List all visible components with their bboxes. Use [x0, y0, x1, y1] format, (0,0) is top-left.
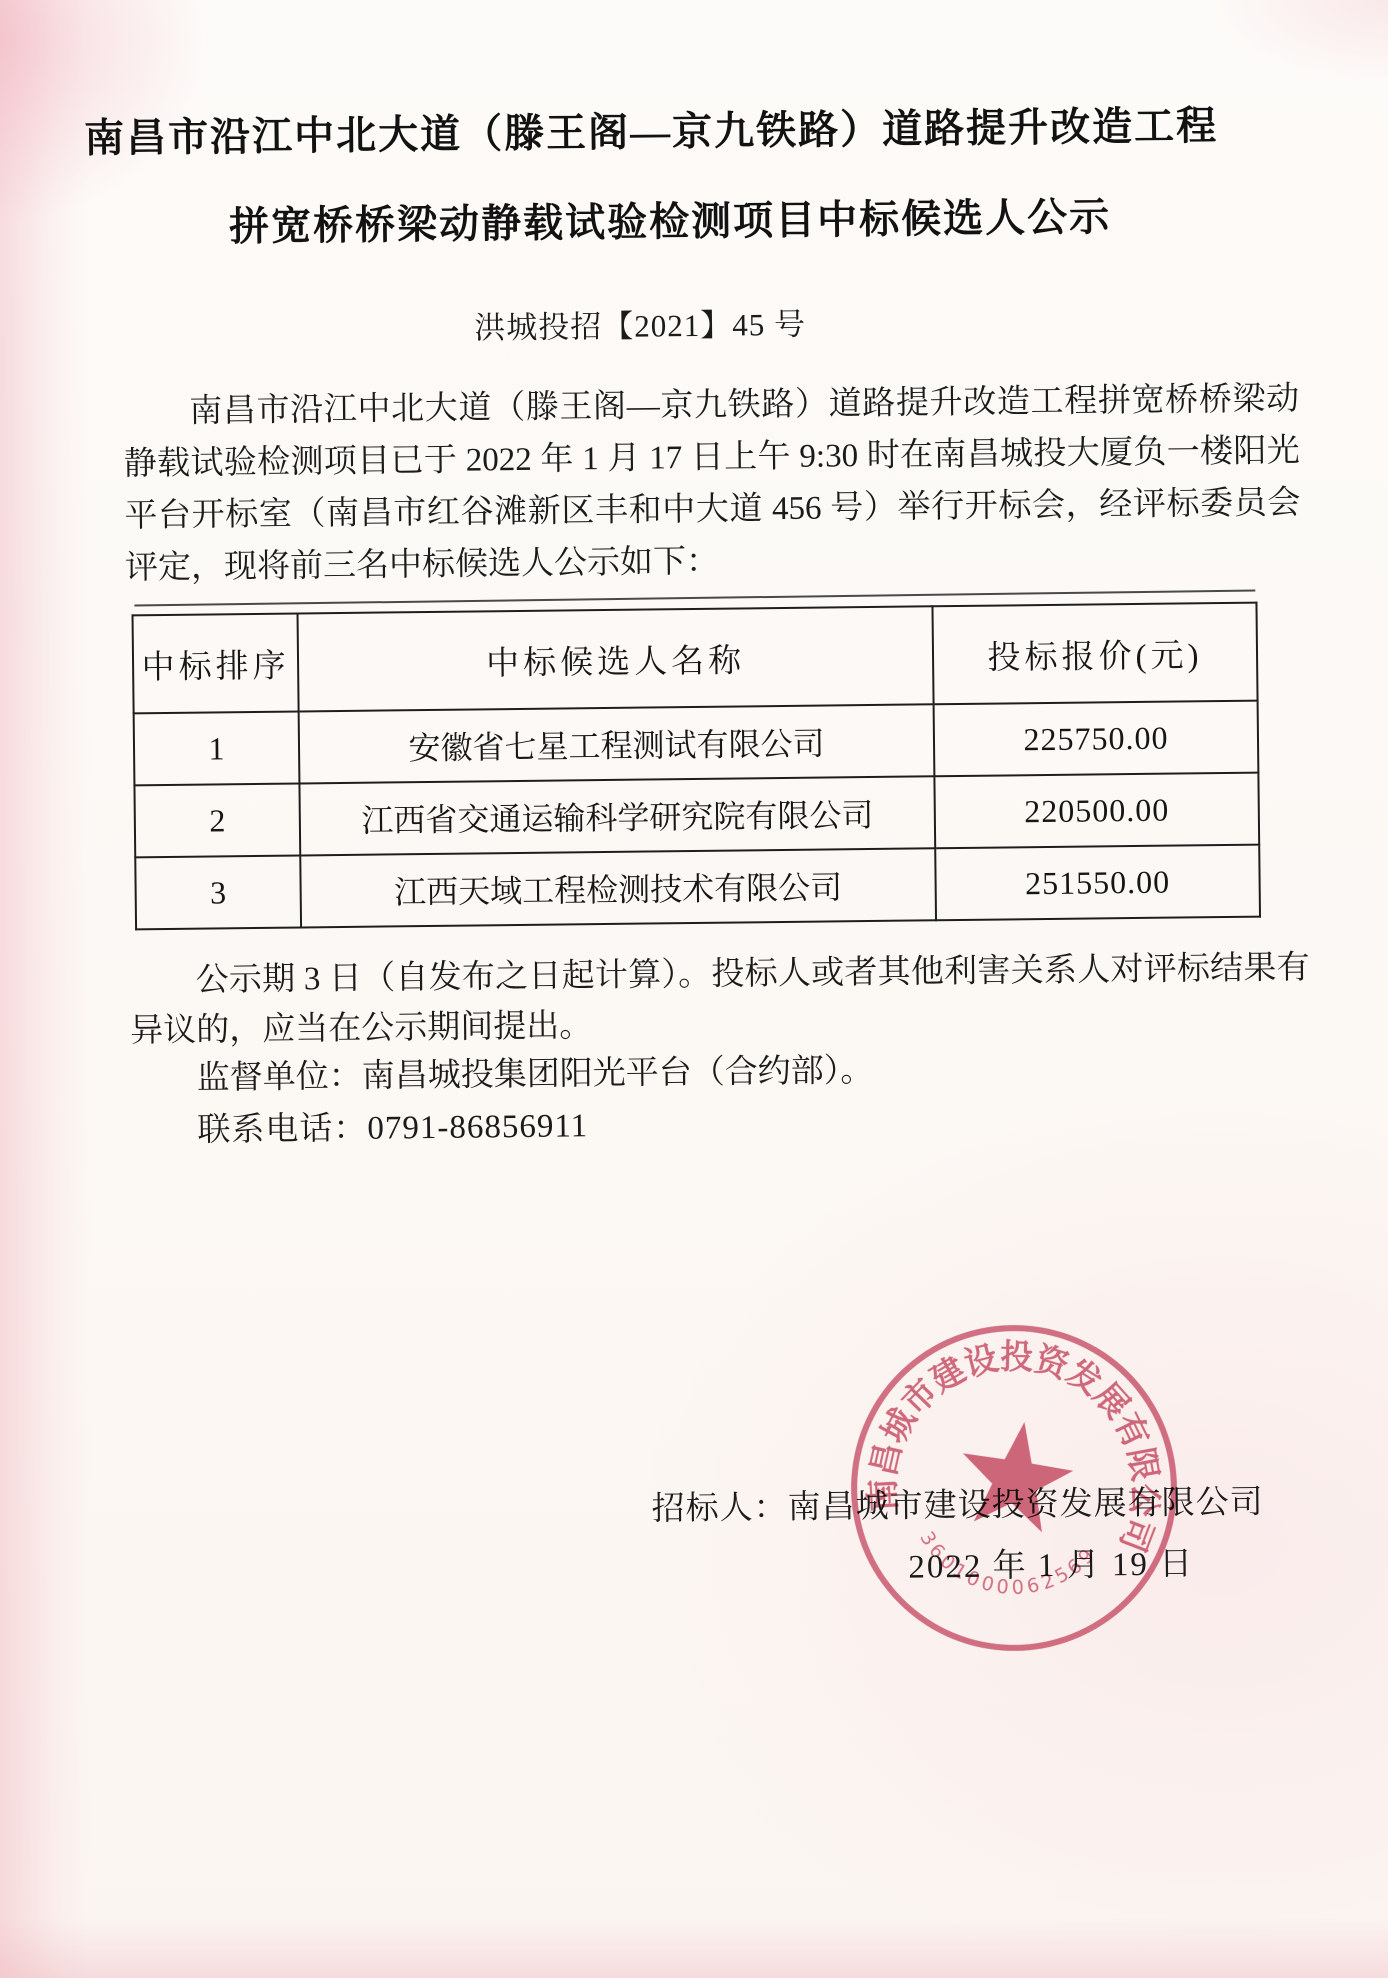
seal-serial-number: 3601000062569 — [908, 1515, 1103, 1613]
table-row: 2 江西省交通运输科学研究院有限公司 220500.00 — [134, 773, 1259, 858]
candidate-name-cell: 江西省交通运输科学研究院有限公司 — [299, 776, 935, 855]
title-line-2: 拼宽桥桥梁动静载试验检测项目中标候选人公示 — [229, 185, 1112, 252]
official-seal: 南昌城市建设投资发展有限公司 3601000062569 — [817, 1291, 1211, 1685]
rank-cell: 3 — [135, 855, 301, 929]
doc-number: 洪城投招【2021】45 号 — [474, 299, 806, 348]
header-rank: 中标排序 — [133, 613, 299, 713]
seal-star-icon — [953, 1413, 1080, 1535]
candidate-name-cell: 江西天域工程检测技术有限公司 — [300, 848, 936, 927]
bid-price-cell: 251550.00 — [935, 845, 1260, 921]
publicity-notice: 公示期 3 日（自发布之日起计算）。投标人或者其他利害关系人对评标结果有异议的，… — [129, 943, 1310, 1056]
header-candidate-name: 中标候选人名称 — [298, 606, 934, 711]
bid-price-cell: 220500.00 — [934, 773, 1259, 849]
table-header-row: 中标排序 中标候选人名称 投标报价(元) — [133, 603, 1258, 714]
bid-price-cell: 225750.00 — [934, 701, 1259, 777]
document-content: 南昌市沿江中北大道（滕王阁—京九铁路）道路提升改造工程 拼宽桥桥梁动静载试验检测… — [0, 0, 1388, 1978]
document-page: 南昌市沿江中北大道（滕王阁—京九铁路）道路提升改造工程 拼宽桥桥梁动静载试验检测… — [0, 0, 1388, 1978]
candidate-name-cell: 安徽省七星工程测试有限公司 — [299, 704, 935, 783]
bid-candidates-table: 中标排序 中标候选人名称 投标报价(元) 1 安徽省七星工程测试有限公司 225… — [132, 602, 1262, 931]
contact-phone-line: 联系电话：0791-86856911 — [131, 1093, 1311, 1156]
title-line-1: 南昌市沿江中北大道（滕王阁—京九铁路）道路提升改造工程 — [84, 94, 1219, 164]
table-row: 3 江西天域工程检测技术有限公司 251550.00 — [135, 845, 1260, 930]
rank-cell: 2 — [134, 783, 300, 857]
header-bid-price: 投标报价(元) — [932, 603, 1257, 705]
intro-paragraph: 南昌市沿江中北大道（滕王阁—京九铁路）道路提升改造工程拼宽桥桥梁动静载试验检测项… — [123, 373, 1301, 594]
rank-cell: 1 — [134, 711, 300, 785]
table-row: 1 安徽省七星工程测试有限公司 225750.00 — [134, 701, 1259, 786]
